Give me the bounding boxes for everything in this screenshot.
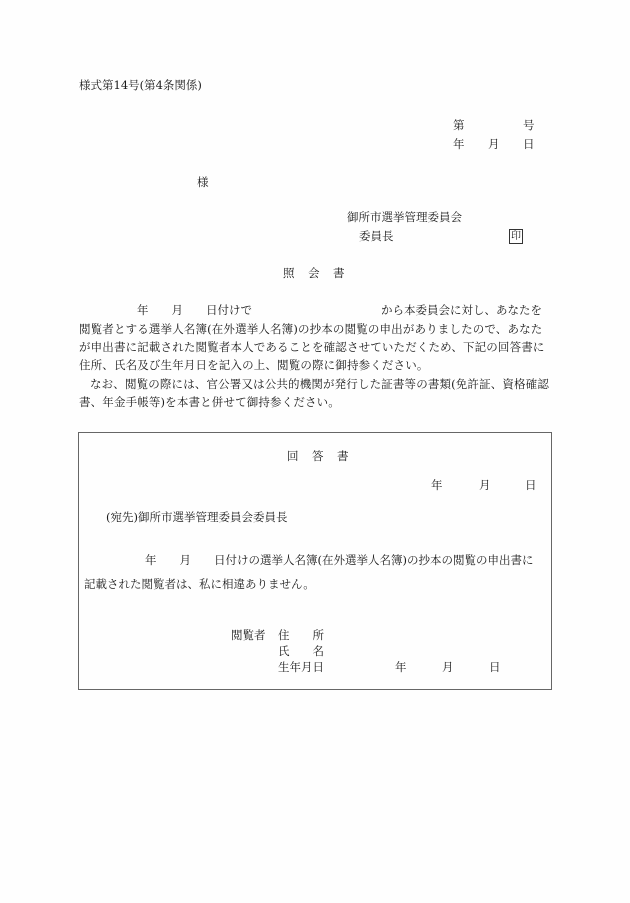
document-title: 照 会 書 — [283, 268, 346, 280]
viewer-label: 閲覧者 — [231, 630, 266, 642]
body-line: 住所、氏名及び生年月日を記入の上、閲覧の際に御持参ください。 — [79, 356, 549, 374]
body-paragraph: 閲覧者とする選挙人名簿(在外選挙人名簿)の抄本の閲覧の申出がありましたので、あな… — [79, 320, 549, 411]
document-number-suffix: 号 — [523, 120, 535, 132]
document-number-prefix: 第 — [453, 120, 465, 132]
answer-form-title: 回 答 書 — [287, 451, 350, 463]
answer-statement-line-1: 年 月 日付けの選挙人名簿(在外選挙人名簿)の抄本の閲覧の申出書に — [145, 555, 533, 567]
name-label: 氏 名 — [278, 646, 324, 658]
addressee-honorific: 様 — [197, 177, 209, 189]
body-line-note: なお、閲覧の際には、官公署又は公共的機関が発行した証書等の書類(免許証、資格確認 — [79, 375, 549, 393]
answer-date-day: 日 — [525, 480, 537, 492]
body-line: 閲覧者とする選挙人名簿(在外選挙人名簿)の抄本の閲覧の申出がありましたので、あな… — [79, 320, 549, 338]
birth-day-label: 日 — [489, 662, 501, 674]
date-year-label: 年 — [453, 139, 465, 151]
answer-addressee: (宛先)御所市選挙管理委員会委員長 — [106, 512, 287, 524]
seal-icon: 印 — [511, 231, 521, 242]
answer-form-box: 回 答 書 年 月 日 (宛先)御所市選挙管理委員会委員長 年 月 日付けの選挙… — [78, 432, 552, 690]
form-number: 様式第14号(第4条関係) — [79, 80, 202, 92]
body-line: 書、年金手帳等)を本書と併せて御持参ください。 — [79, 393, 549, 411]
body-line: が申出書に記載された閲覧者本人であることを確認させていただくため、下記の回答書に — [79, 338, 549, 356]
birthdate-label: 生年月日 — [278, 662, 324, 674]
answer-date-year: 年 — [431, 480, 443, 492]
body-line-1-end: から本委員会に対し、あなたを — [381, 305, 542, 317]
body-date-line: 年 月 日付けで — [137, 305, 252, 317]
answer-date-month: 月 — [479, 480, 491, 492]
answer-statement-line-2: 記載された閲覧者は、私に相違ありません。 — [84, 579, 315, 591]
issuer-title: 委員長 — [359, 231, 394, 243]
birth-month-label: 月 — [442, 662, 454, 674]
seal-stamp-box: 印 — [509, 229, 523, 244]
birth-year-label: 年 — [395, 662, 407, 674]
issuer-organization: 御所市選挙管理委員会 — [347, 212, 462, 224]
date-day-label: 日 — [523, 139, 535, 151]
date-month-label: 月 — [488, 139, 500, 151]
address-label: 住 所 — [278, 630, 324, 642]
